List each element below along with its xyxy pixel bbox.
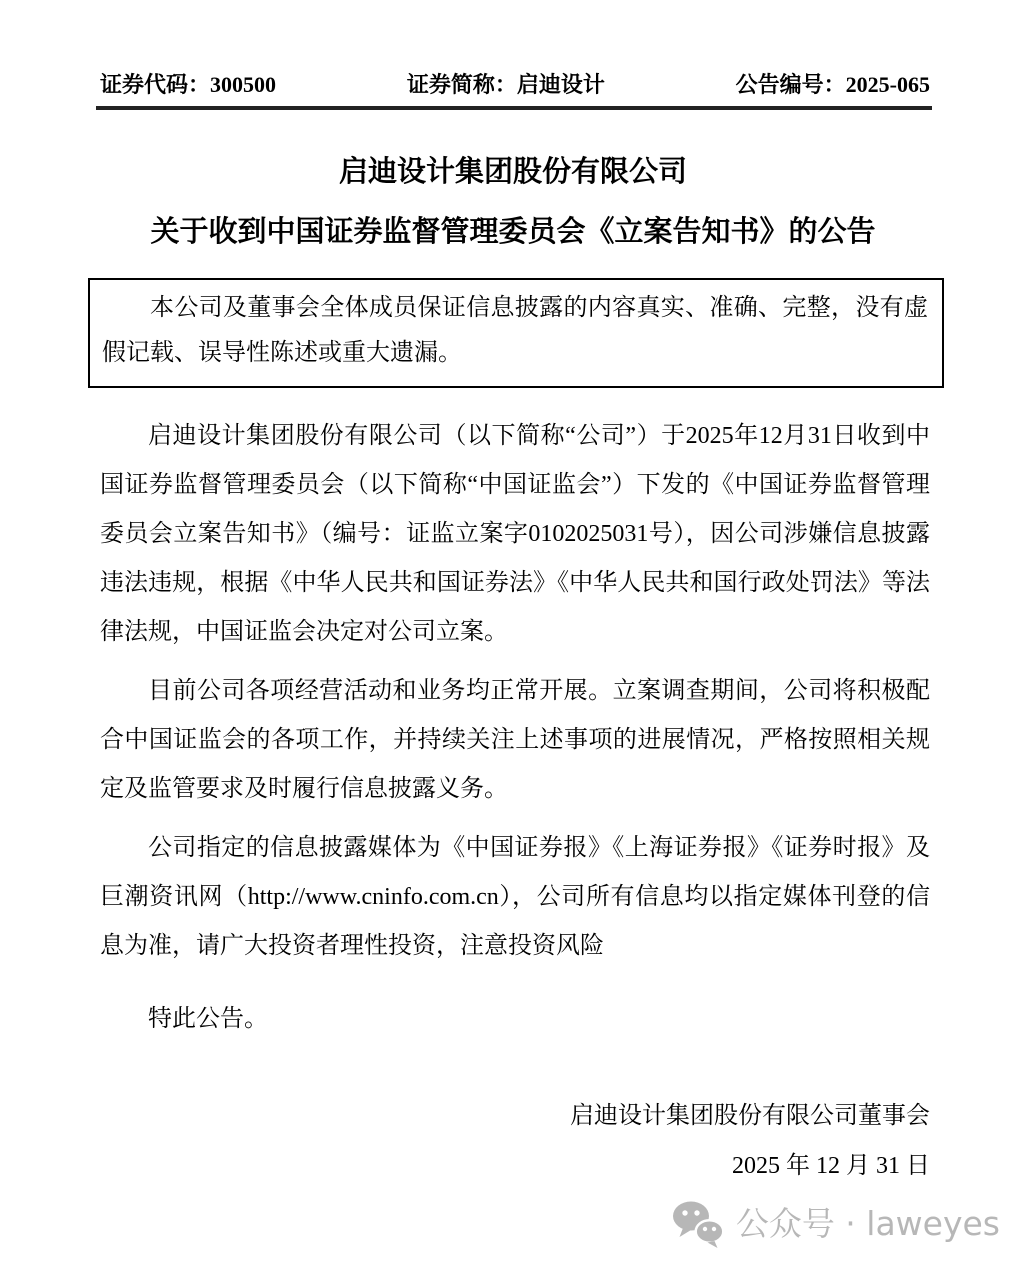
signature-date: 2025 年 12 月 31 日 <box>100 1142 930 1191</box>
paragraph-business-status: 目前公司各项经营活动和业务均正常开展。立案调查期间，公司将积极配合中国证监会的各… <box>100 667 930 814</box>
stock-code: 证券代码：300500 <box>100 72 276 98</box>
stock-name: 证券简称：启迪设计 <box>407 72 605 98</box>
disclaimer-box: 本公司及董事会全体成员保证信息披露的内容真实、准确、完整，没有虚假记载、误导性陈… <box>88 278 944 388</box>
announcement-number-value: 2025-065 <box>846 72 930 97</box>
signature-company: 启迪设计集团股份有限公司董事会 <box>100 1092 930 1141</box>
stock-code-label: 证券代码： <box>100 72 210 97</box>
paragraph-case-filing: 启迪设计集团股份有限公司（以下简称“公司”）于2025年12月31日收到中国证券… <box>100 412 930 657</box>
announcement-title: 关于收到中国证券监督管理委员会《立案告知书》的公告 <box>0 214 1026 250</box>
closing-statement: 特此公告。 <box>100 995 930 1044</box>
announcement-body: 启迪设计集团股份有限公司（以下简称“公司”）于2025年12月31日收到中国证券… <box>100 412 930 971</box>
paragraph-disclosure-media: 公司指定的信息披露媒体为《中国证券报》《上海证券报》《证券时报》及巨潮资讯网（h… <box>100 824 930 971</box>
company-title: 启迪设计集团股份有限公司 <box>0 154 1026 190</box>
announcement-number: 公告编号：2025-065 <box>736 72 930 98</box>
document-header: 证券代码：300500 证券简称：启迪设计 公告编号：2025-065 <box>100 0 930 98</box>
announcement-number-label: 公告编号： <box>736 72 846 97</box>
stock-name-label: 证券简称： <box>407 72 517 97</box>
disclaimer-text: 本公司及董事会全体成员保证信息披露的内容真实、准确、完整，没有虚假记载、误导性陈… <box>102 286 928 376</box>
stock-name-value: 启迪设计 <box>517 72 605 97</box>
signature-block: 启迪设计集团股份有限公司董事会 2025 年 12 月 31 日 <box>100 1092 930 1191</box>
header-divider <box>96 106 932 110</box>
stock-code-value: 300500 <box>210 72 276 97</box>
announcement-page: 证券代码：300500 证券简称：启迪设计 公告编号：2025-065 启迪设计… <box>0 0 1026 1268</box>
wechat-icon <box>672 1200 724 1248</box>
footer-watermark: 公众号 · laweyes <box>672 1200 1000 1248</box>
watermark-text: 公众号 · laweyes <box>736 1202 1000 1246</box>
